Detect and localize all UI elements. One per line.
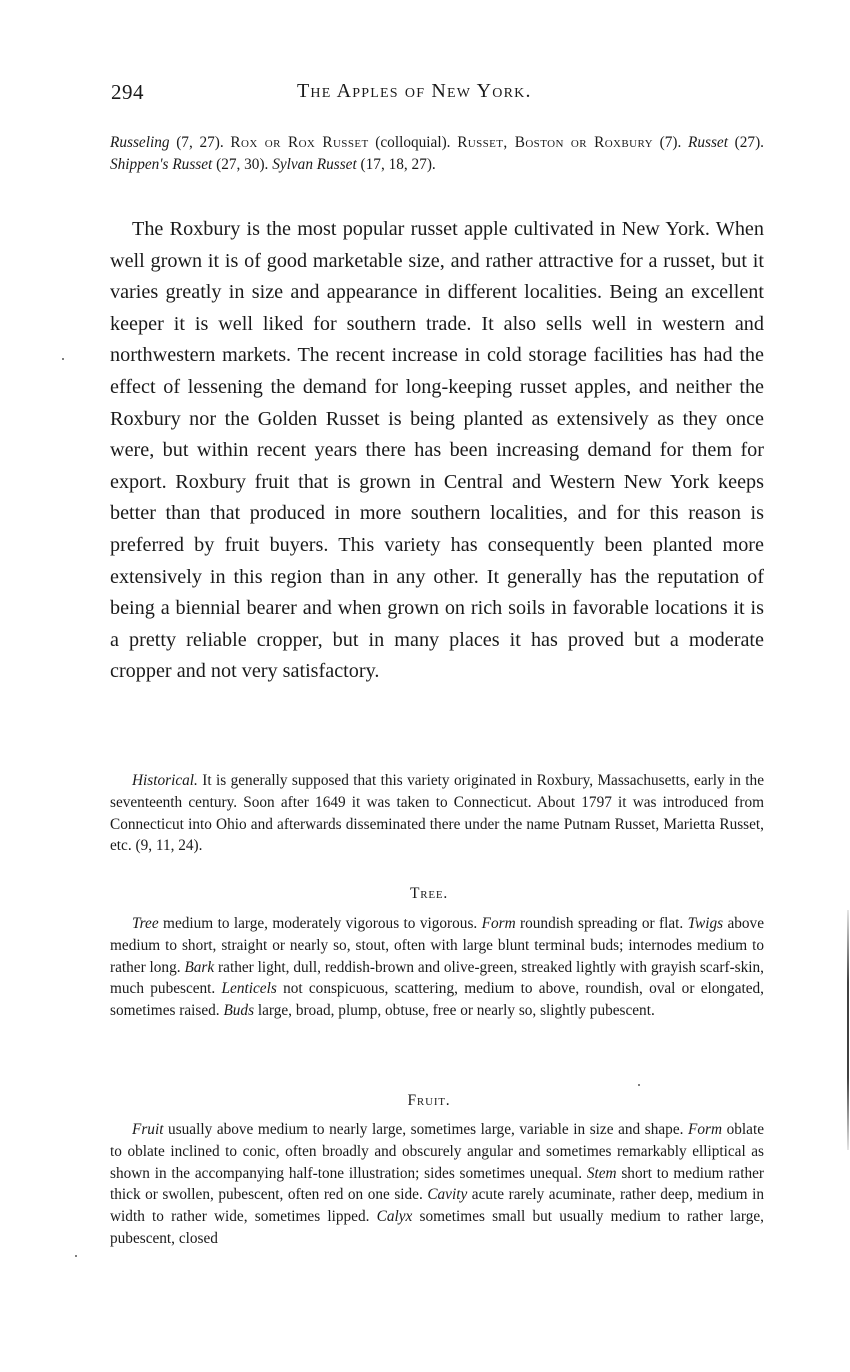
historical-label: Historical. [132, 772, 198, 789]
term-label: Lenticels [222, 980, 277, 997]
term-text: roundish spreading or flat. [516, 915, 688, 932]
synonyms-list: Russeling (7, 27). Rox or Rox Russet (co… [110, 132, 764, 175]
fruit-description-paragraph: Fruit usually above medium to nearly lar… [110, 1119, 764, 1250]
term-text: large, broad, plump, obtuse, free or nea… [254, 1002, 655, 1019]
main-description-paragraph: The Roxbury is the most popular russet a… [110, 214, 764, 688]
scan-edge-artifact [847, 910, 849, 1150]
term-label: Stem [587, 1165, 617, 1182]
fruit-section-heading: Fruit. [102, 1092, 756, 1110]
term-text: usually above medium to nearly large, so… [163, 1121, 688, 1138]
term-label: Calyx [377, 1208, 413, 1225]
tree-section-heading: Tree. [102, 885, 756, 903]
synonym-reference: (27, 30). [212, 156, 272, 173]
term-label: Buds [223, 1002, 254, 1019]
term-text: medium to large, moderately vigorous to … [159, 915, 482, 932]
synonym-reference: (colloquial). [369, 134, 458, 151]
page-number: 294 [111, 80, 144, 105]
synonym-name: Shippen's Russet [110, 156, 212, 173]
term-label: Twigs [688, 915, 723, 932]
synonym-name: Russeling [110, 134, 170, 151]
synonym-name: Sylvan Russet [272, 156, 357, 173]
historical-paragraph: Historical. It is generally supposed tha… [110, 770, 764, 857]
synonym-reference: (7). [653, 134, 688, 151]
synonym-name: Rox or Rox Russet [230, 134, 368, 151]
term-label: Form [688, 1121, 722, 1138]
synonym-reference: (7, 27). [170, 134, 231, 151]
term-label: Cavity [427, 1186, 467, 1203]
synonym-name: Russet, Boston or Roxbury [457, 134, 653, 151]
running-title: The Apples of New York. [297, 80, 532, 103]
synonym-reference: (27). [728, 134, 764, 151]
term-label: Fruit [132, 1121, 163, 1138]
scan-speck [62, 358, 64, 360]
scan-speck [638, 1084, 640, 1086]
tree-description-paragraph: Tree medium to large, moderately vigorou… [110, 913, 764, 1022]
term-label: Form [482, 915, 516, 932]
historical-text: It is generally supposed that this varie… [110, 772, 764, 854]
synonym-reference: (17, 18, 27). [357, 156, 436, 173]
term-label: Tree [132, 915, 159, 932]
running-head: 294 The Apples of New York. [110, 80, 764, 110]
scan-speck [75, 1255, 77, 1257]
synonym-name: Russet [688, 134, 728, 151]
term-label: Bark [184, 959, 214, 976]
